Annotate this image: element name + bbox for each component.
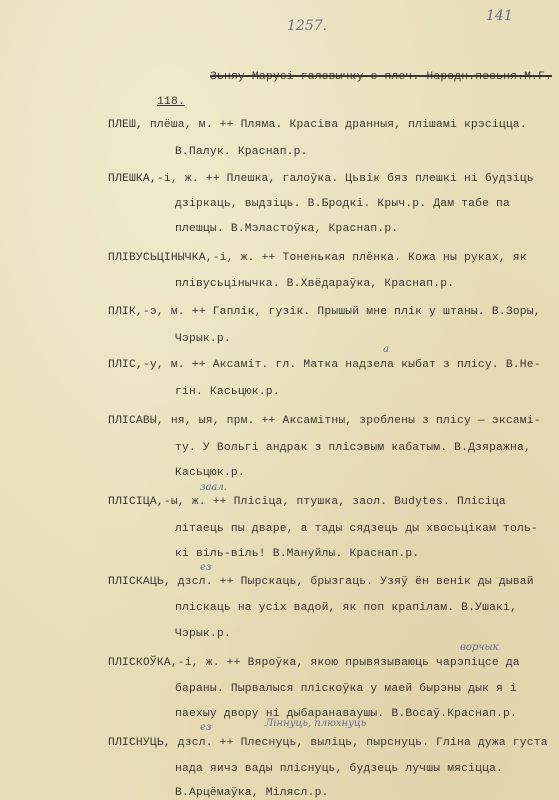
entry-plesh-line-1: ПЛЕШ, плёша, м. ++ Пляма. Красіва дранны… [108, 118, 527, 132]
annotation-pliskouka-correction: ворчык [460, 642, 499, 653]
entry-plis-line-2: гін. Касьцюк.р. [175, 385, 280, 399]
entry-plisnuc-line-2: нада яичэ вады пліснуць, будзець лучшы м… [175, 762, 503, 776]
entry-pleshka-line-3: плешцы. В.Мэластоўка, Краснап.р. [175, 222, 398, 236]
entry-plisnuc-line-3: В.Арцёмаўка, Мілясл.р. [175, 786, 329, 800]
entry-plisavy-line-2: ту. У Вольгі андрак з плісэвым кабатым. … [175, 441, 531, 455]
entry-pleshka-line-1: ПЛЕШКА,-і, ж. ++ Плешка, галоўка. Цьвік … [108, 172, 534, 186]
entry-plisavy-line-3: Касьцюк.р. [175, 466, 245, 480]
entry-pliskac-line-2: пліскаць на усіх вадой, як поп крапілам.… [175, 601, 517, 615]
entry-plivuscinychka-line-1: ПЛІВУСЬЦІНЫЧКА,-і, ж. ++ Тоненькая плёнк… [108, 251, 527, 265]
folio-number: 141 [486, 8, 513, 24]
entry-pliskac-line-1: ПЛІСКАЦЬ, дзсл. ++ Пырскаць, брызгаць. У… [108, 575, 534, 589]
annotation-plisnuc-correction: Ліннуць, плюхнуць [265, 718, 366, 729]
struck-header-line: Зьняу Марусі галовычку с плеч. Народн.пе… [210, 70, 552, 84]
entry-plik-line-2: Чэрык.р. [175, 332, 231, 346]
entry-plesh-line-2: В.Палук. Краснап.р. [175, 145, 308, 159]
entry-plisica-line-3: кі віль-віль! В.Мануйлы. Краснап.р. [175, 547, 419, 561]
entry-plis-line-1: ПЛІС,-у, м. ++ Аксаміт. гл. Матка надзел… [108, 358, 541, 372]
annotation-plis-kabat: а [383, 344, 389, 355]
document-page: 1257. 141 Зьняу Марусі галовычку с плеч.… [0, 0, 559, 800]
page-number: 1257. [287, 18, 327, 34]
entry-pliskac-line-3: Чэрык.р. [175, 627, 231, 641]
annotation-pliskac-dzsl: ез [200, 562, 211, 573]
entry-plisica-line-1: ПЛІСІЦА,-ы, ж. ++ Плісіца, птушка, заол.… [108, 495, 506, 509]
entry-plisica-line-2: літаець пы дваре, а тады сядзець ды хвос… [175, 522, 538, 536]
annotation-plisnuc-dzsl: ез [200, 722, 211, 733]
entry-plisnuc-line-1: ПЛІСНУЦЬ, дзсл. ++ Плеснуць, выліць, пыр… [108, 736, 548, 750]
annotation-plisica-zool: заал. [200, 482, 227, 493]
entry-pleshka-line-2: дзіркаць, выдзіць. В.Бродкі. Крыч.р. Дам… [175, 197, 510, 211]
header-ref: 118. [157, 95, 185, 109]
entry-plik-line-1: ПЛІК,-э, м. ++ Гаплік, гузік. Прышый мне… [108, 305, 541, 319]
entry-pliskouka-line-1: ПЛІСКОЎКА,-і, ж. ++ Вяроўка, якою прывяз… [108, 656, 520, 670]
entry-plisavy-line-1: ПЛІСАВЫ, ня, ыя, прм. ++ Аксамітны, зроб… [108, 414, 541, 428]
entry-pliskouka-line-2: бараны. Пырвалыся пліскоўка у маей бырэн… [175, 682, 517, 696]
entry-plivuscinychka-line-2: плівусьцінычка. В.Хвёдараўка, Краснап.р. [175, 277, 454, 291]
